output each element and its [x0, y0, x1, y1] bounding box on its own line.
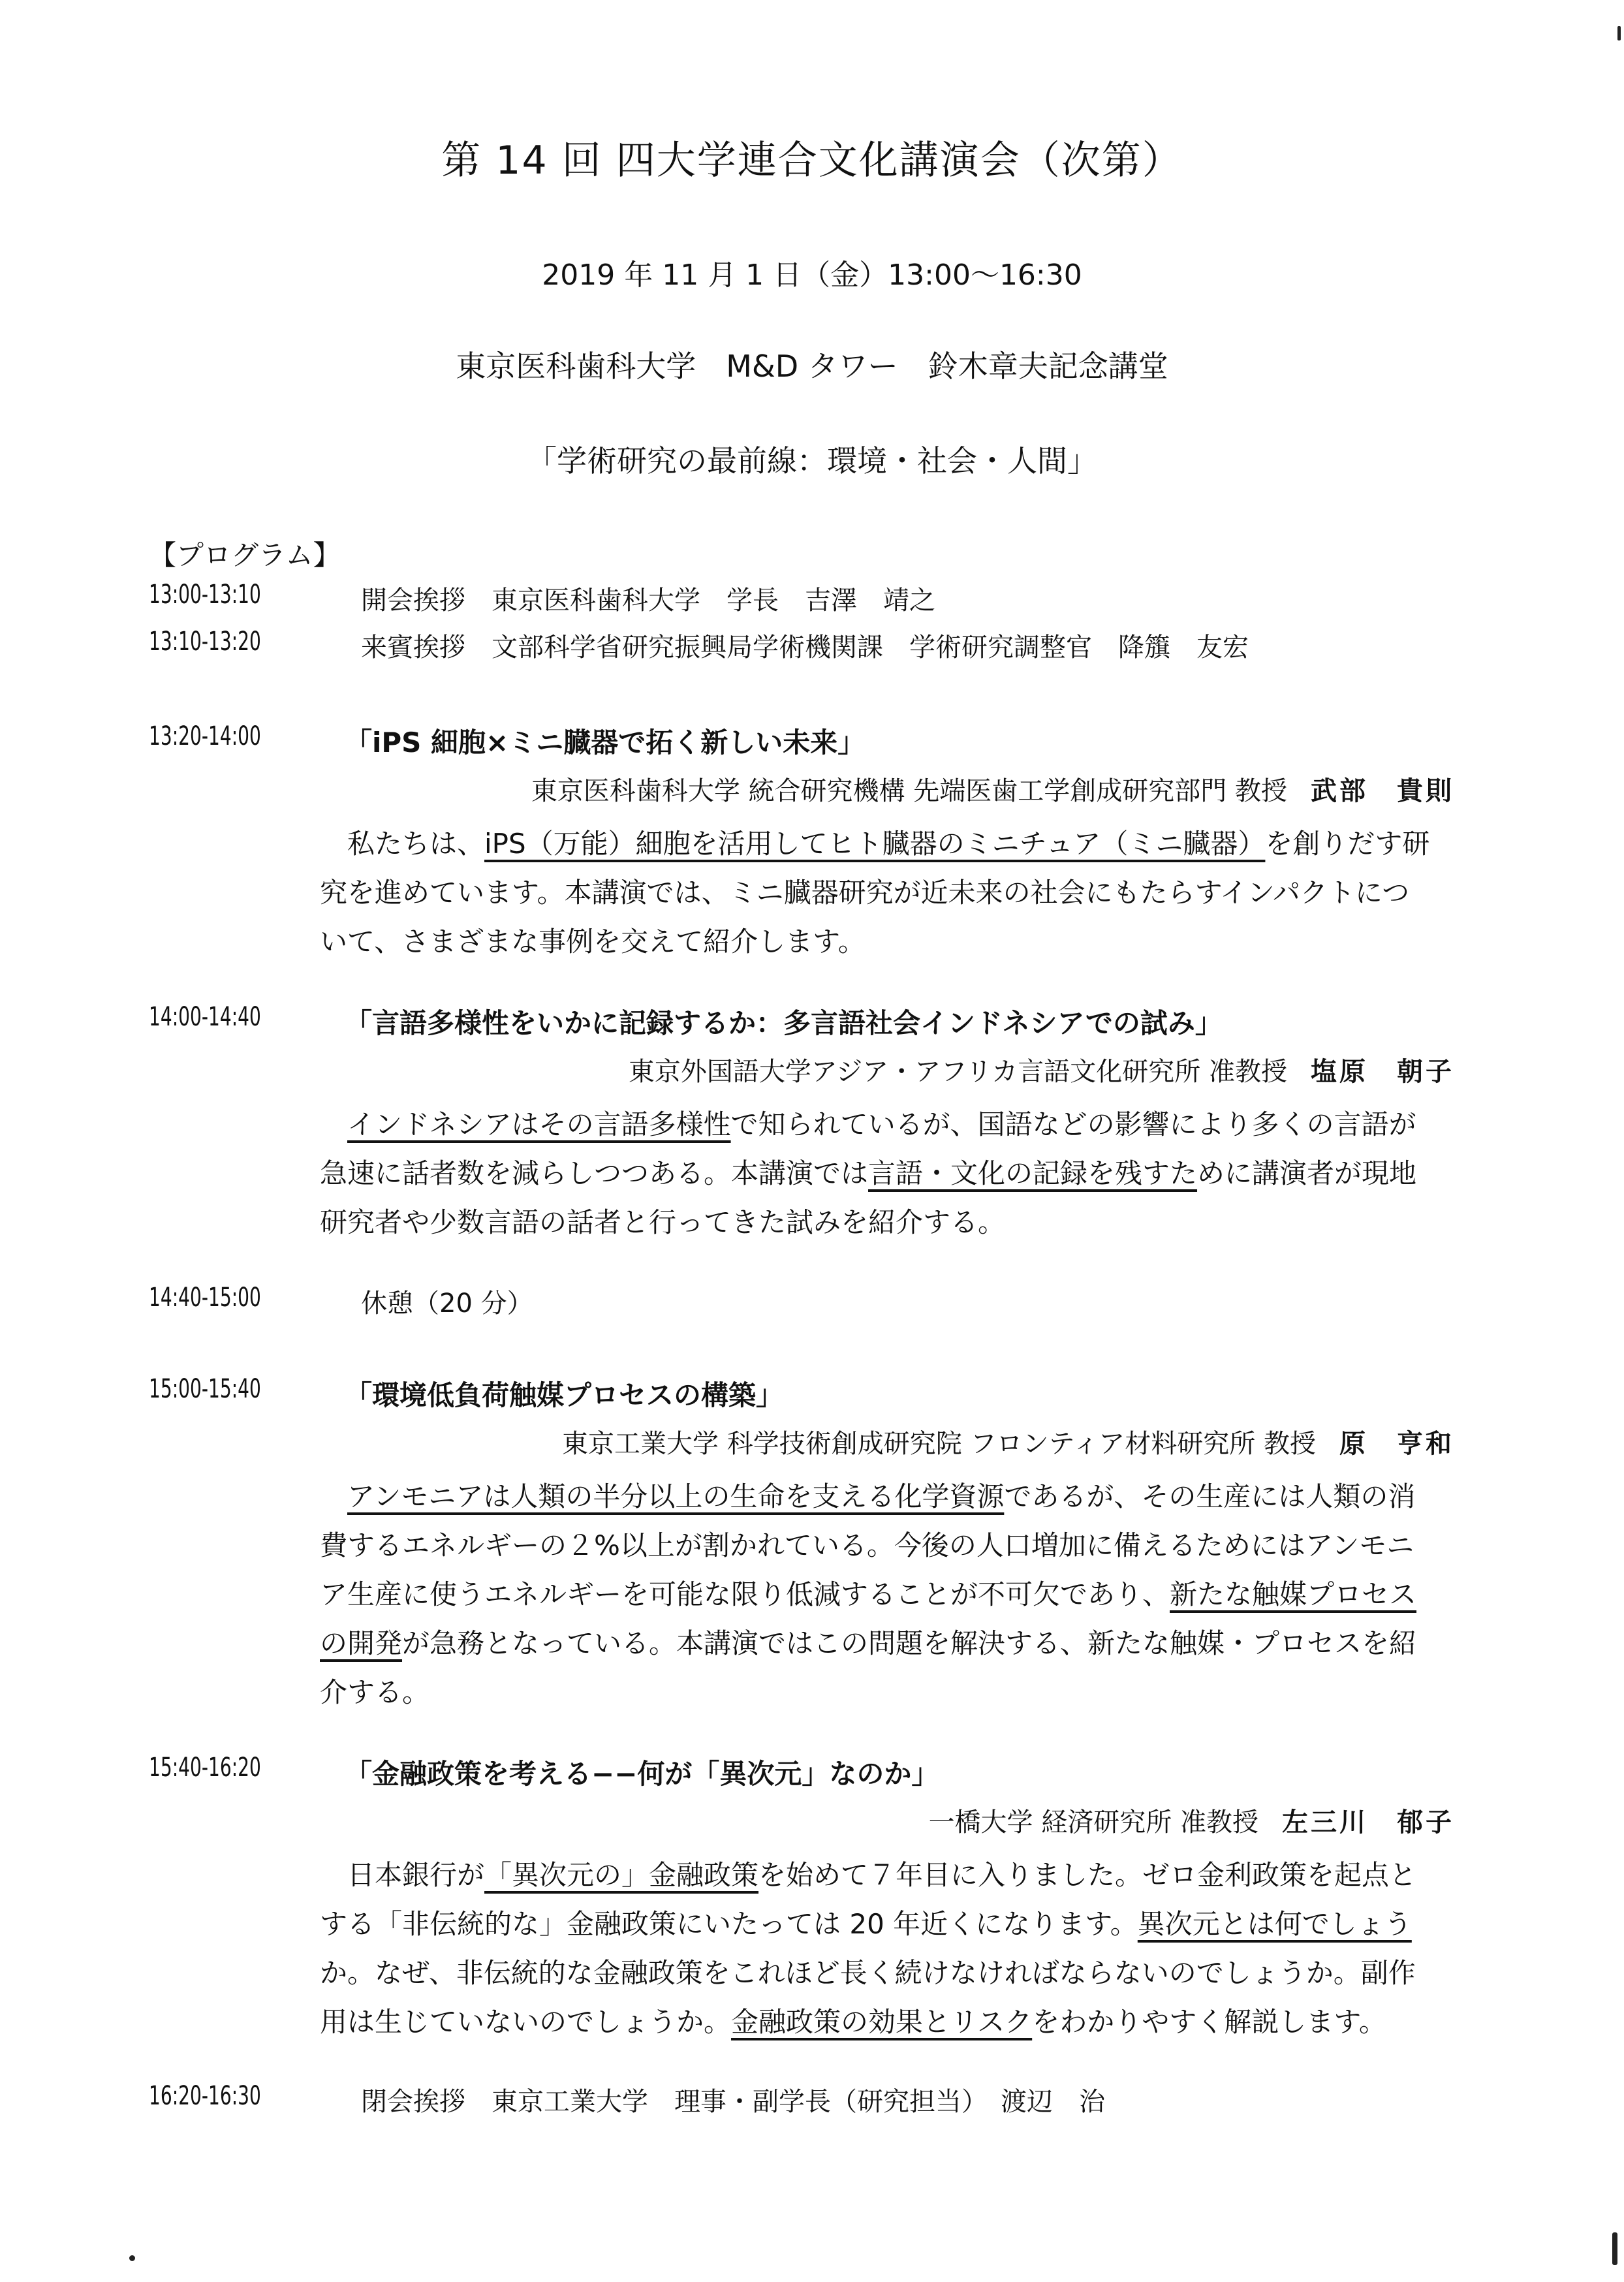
- event-date: 2019 年 11 月 1 日（金）13:00～16:30: [0, 251, 1624, 293]
- speaker-line: 東京外国語大学アジア・アフリカ言語文化研究所 准教授塩原 朝子: [629, 1051, 1454, 1088]
- abstract-line: 介する。: [320, 1668, 1454, 1717]
- abstract-line: アンモニアは人類の半分以上の生命を支える化学資源であるが、その生産には人類の消: [320, 1472, 1454, 1521]
- abstract-line: 研究者や少数言語の話者と行ってきた試みを紹介する。: [320, 1198, 1454, 1247]
- abstract-line: 私たちは、iPS（万能）細胞を活用してヒト臓器のミニチュア（ミニ臓器）を創りだす…: [320, 819, 1454, 868]
- talk-block: 15:40-16:20 「金融政策を考える−−何が「異次元」なのか」 一橋大学 …: [149, 1753, 1454, 2027]
- speaker-affiliation: 東京医科歯科大学 統合研究機構 先端医歯工学創成研究部門 教授: [531, 776, 1287, 806]
- speaker-affiliation: 東京外国語大学アジア・アフリカ言語文化研究所 准教授: [629, 1057, 1287, 1087]
- scan-speck: [1617, 26, 1621, 40]
- underlined-phrase: iPS（万能）細胞を活用してヒト臓器のミニチュア（ミニ臓器）: [484, 828, 1265, 860]
- talk-block: 14:00-14:40 「言語多様性をいかに記録するか：多言語社会インドネシアで…: [149, 1002, 1454, 1224]
- time-slot: 14:00-14:40: [149, 1002, 261, 1032]
- time-slot: 13:00-13:10: [149, 580, 261, 610]
- time-slot: 13:10-13:20: [149, 627, 261, 657]
- talk-abstract: インドネシアはその言語多様性で知られているが、国語などの影響により多くの言語が …: [320, 1100, 1454, 1247]
- abstract-line: する「非伝統的な」金融政策にいたっては 20 年近くになります。異次元とは何でし…: [320, 1899, 1454, 1948]
- talk-block: 13:20-14:00 「iPS 細胞×ミニ臓器で拓く新しい未来」 東京医科歯科…: [149, 721, 1454, 943]
- talk-abstract: 私たちは、iPS（万能）細胞を活用してヒト臓器のミニチュア（ミニ臓器）を創りだす…: [320, 819, 1454, 966]
- opening-remarks: 開会挨拶 東京医科歯科大学 学長 吉澤 靖之: [361, 580, 935, 617]
- speaker-name: 武部 貴則: [1311, 776, 1454, 806]
- speaker-line: 東京工業大学 科学技術創成研究院 フロンティア材料研究所 教授原 亨和: [562, 1423, 1454, 1460]
- abstract-line: 急速に話者数を減らしつつある。本講演では言語・文化の記録を残すために講演者が現地: [320, 1149, 1454, 1198]
- abstract-line: 日本銀行が「異次元の」金融政策を始めて７年目に入りました。ゼロ金利政策を起点と: [320, 1851, 1454, 1899]
- abstract-line: いて、さまざまな事例を交えて紹介します。: [320, 917, 1454, 966]
- time-slot: 14:40-15:00: [149, 1283, 261, 1313]
- abstract-line: 究を進めています。本講演では、ミニ臓器研究が近未来の社会にもたらすインパクトにつ: [320, 868, 1454, 917]
- abstract-line: インドネシアはその言語多様性で知られているが、国語などの影響により多くの言語が: [320, 1100, 1454, 1149]
- underlined-phrase: インドネシアはその言語多様性: [347, 1108, 731, 1140]
- event-venue: 東京医科歯科大学 M&D タワー 鈴木章夫記念講堂: [0, 343, 1624, 386]
- speaker-affiliation: 東京工業大学 科学技術創成研究院 フロンティア材料研究所 教授: [562, 1429, 1316, 1459]
- program-heading: 【プログラム】: [149, 534, 341, 573]
- time-slot: 16:20-16:30: [149, 2081, 261, 2111]
- underlined-phrase: 言語・文化の記録を残すた: [868, 1157, 1197, 1189]
- speaker-name: 塩原 朝子: [1311, 1057, 1454, 1087]
- talk-title: 「環境低負荷触媒プロセスの構築」: [345, 1374, 783, 1413]
- talk-title: 「金融政策を考える−−何が「異次元」なのか」: [345, 1753, 939, 1792]
- abstract-line: か。なぜ、非伝統的な金融政策をこれほど長く続けなければならないのでしょうか。副作: [320, 1948, 1454, 1997]
- underlined-phrase: アンモニアは人類の半分以上の生命を支える化学資源: [347, 1480, 1004, 1512]
- talk-block: 15:00-15:40 「環境低負荷触媒プロセスの構築」 東京工業大学 科学技術…: [149, 1374, 1454, 1713]
- speaker-affiliation: 一橋大学 経済研究所 准教授: [929, 1807, 1258, 1837]
- time-slot: 15:40-16:20: [149, 1753, 261, 1783]
- agenda-page: 第 14 回 四大学連合文化講演会（次第） 2019 年 11 月 1 日（金）…: [0, 0, 1624, 2282]
- time-slot: 13:20-14:00: [149, 721, 261, 751]
- abstract-line: 用は生じていないのでしょうか。金融政策の効果とリスクをわかりやすく解説します。: [320, 1997, 1454, 2046]
- abstract-line: 費するエネルギーの２%以上が割かれている。今後の人口増加に備えるためにはアンモニ: [320, 1521, 1454, 1570]
- time-slot: 15:00-15:40: [149, 1374, 261, 1404]
- talk-title: 「iPS 細胞×ミニ臓器で拓く新しい未来」: [345, 721, 865, 760]
- scan-speck: [129, 2255, 135, 2261]
- closing-remarks: 閉会挨拶 東京工業大学 理事・副学長（研究担当） 渡辺 治: [361, 2081, 1105, 2118]
- speaker-name: 左三川 郁子: [1282, 1807, 1454, 1837]
- speaker-name: 原 亨和: [1339, 1429, 1454, 1459]
- abstract-line: の開発が急務となっている。本講演ではこの問題を解決する、新たな触媒・プロセスを紹: [320, 1619, 1454, 1668]
- speaker-line: 東京医科歯科大学 統合研究機構 先端医歯工学創成研究部門 教授武部 貴則: [531, 770, 1454, 807]
- break-label: 休憩（20 分）: [361, 1283, 533, 1320]
- talk-abstract: 日本銀行が「異次元の」金融政策を始めて７年目に入りました。ゼロ金利政策を起点と …: [320, 1851, 1454, 2046]
- abstract-line: ア生産に使うエネルギーを可能な限り低減することが不可欠であり、新たな触媒プロセス: [320, 1570, 1454, 1619]
- underlined-phrase: 異次元とは何でしょう: [1138, 1908, 1412, 1940]
- speaker-line: 一橋大学 経済研究所 准教授左三川 郁子: [929, 1802, 1454, 1839]
- underlined-phrase: 「異次元の」金融政策: [484, 1859, 758, 1891]
- talk-title: 「言語多様性をいかに記録するか：多言語社会インドネシアでの試み」: [345, 1002, 1223, 1041]
- event-theme: 「学術研究の最前線：環境・社会・人間」: [0, 437, 1624, 480]
- underlined-phrase: 新たな触媒プロセス: [1170, 1578, 1416, 1610]
- document-title: 第 14 回 四大学連合文化講演会（次第）: [0, 129, 1624, 185]
- underlined-phrase: の開発: [320, 1627, 402, 1659]
- talk-abstract: アンモニアは人類の半分以上の生命を支える化学資源であるが、その生産には人類の消 …: [320, 1472, 1454, 1717]
- scan-speck: [1612, 2232, 1617, 2265]
- underlined-phrase: 金融政策の効果とリスク: [731, 2006, 1032, 2038]
- guest-remarks: 来賓挨拶 文部科学省研究振興局学術機関課 学術研究調整官 降籏 友宏: [361, 627, 1249, 664]
